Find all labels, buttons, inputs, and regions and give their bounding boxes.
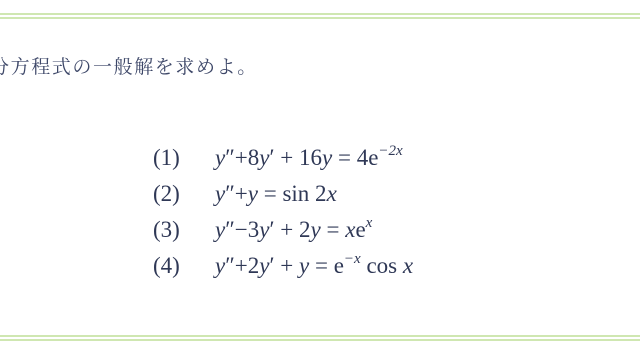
equation-list: (1) y″+8y′ + 16y = 4e−2x (2) y″+y = sin …	[153, 140, 413, 284]
equation-body: y″+8y′ + 16y = 4e−2x	[215, 140, 403, 176]
var-y: y	[215, 253, 225, 278]
rhs: = 4e	[332, 145, 378, 170]
problem-instruction: 分方程式の一般解を求めよ。	[0, 55, 258, 79]
cos-function: cos	[361, 253, 403, 278]
var-y: y	[322, 145, 332, 170]
var-y: y	[248, 181, 258, 206]
equation-label: (2)	[153, 176, 215, 212]
equation-3: (3) y″−3y′ + 2y = xex	[153, 212, 413, 248]
top-divider-line-1	[0, 13, 640, 15]
equation-label: (4)	[153, 248, 215, 284]
term: ″−3	[225, 217, 259, 242]
term: ′ + 2	[270, 217, 311, 242]
bottom-divider-line-1	[0, 335, 640, 337]
var-x: x	[403, 253, 413, 278]
equation-body: y″+y = sin 2x	[215, 176, 337, 212]
equals: =	[321, 217, 345, 242]
equation-body: y″−3y′ + 2y = xex	[215, 212, 372, 248]
equation-label: (1)	[153, 140, 215, 176]
equation-1: (1) y″+8y′ + 16y = 4e−2x	[153, 140, 413, 176]
term: ″+	[225, 181, 248, 206]
exponent: −2x	[378, 143, 402, 159]
var-x: x	[327, 181, 337, 206]
rhs: = sin 2	[258, 181, 327, 206]
term: ′ + 16	[270, 145, 323, 170]
equation-4: (4) y″+2y′ + y = e−x cos x	[153, 248, 413, 284]
term: ″+8	[225, 145, 259, 170]
var-y: y	[215, 181, 225, 206]
exponent: −x	[344, 251, 361, 267]
top-divider-line-2	[0, 17, 640, 19]
equation-label: (3)	[153, 212, 215, 248]
term: ′ +	[270, 253, 300, 278]
bottom-divider-line-2	[0, 339, 640, 341]
rhs: = e	[309, 253, 344, 278]
var-y: y	[259, 217, 269, 242]
var-y: y	[259, 145, 269, 170]
term: ″+2	[225, 253, 259, 278]
var-y: y	[215, 145, 225, 170]
document-page: 分方程式の一般解を求めよ。 (1) y″+8y′ + 16y = 4e−2x (…	[0, 0, 640, 360]
var-y: y	[311, 217, 321, 242]
equation-2: (2) y″+y = sin 2x	[153, 176, 413, 212]
exponent: x	[366, 215, 373, 231]
var-y: y	[259, 253, 269, 278]
euler-e: e	[355, 217, 365, 242]
var-x: x	[345, 217, 355, 242]
var-y: y	[299, 253, 309, 278]
var-y: y	[215, 217, 225, 242]
equation-body: y″+2y′ + y = e−x cos x	[215, 248, 413, 284]
